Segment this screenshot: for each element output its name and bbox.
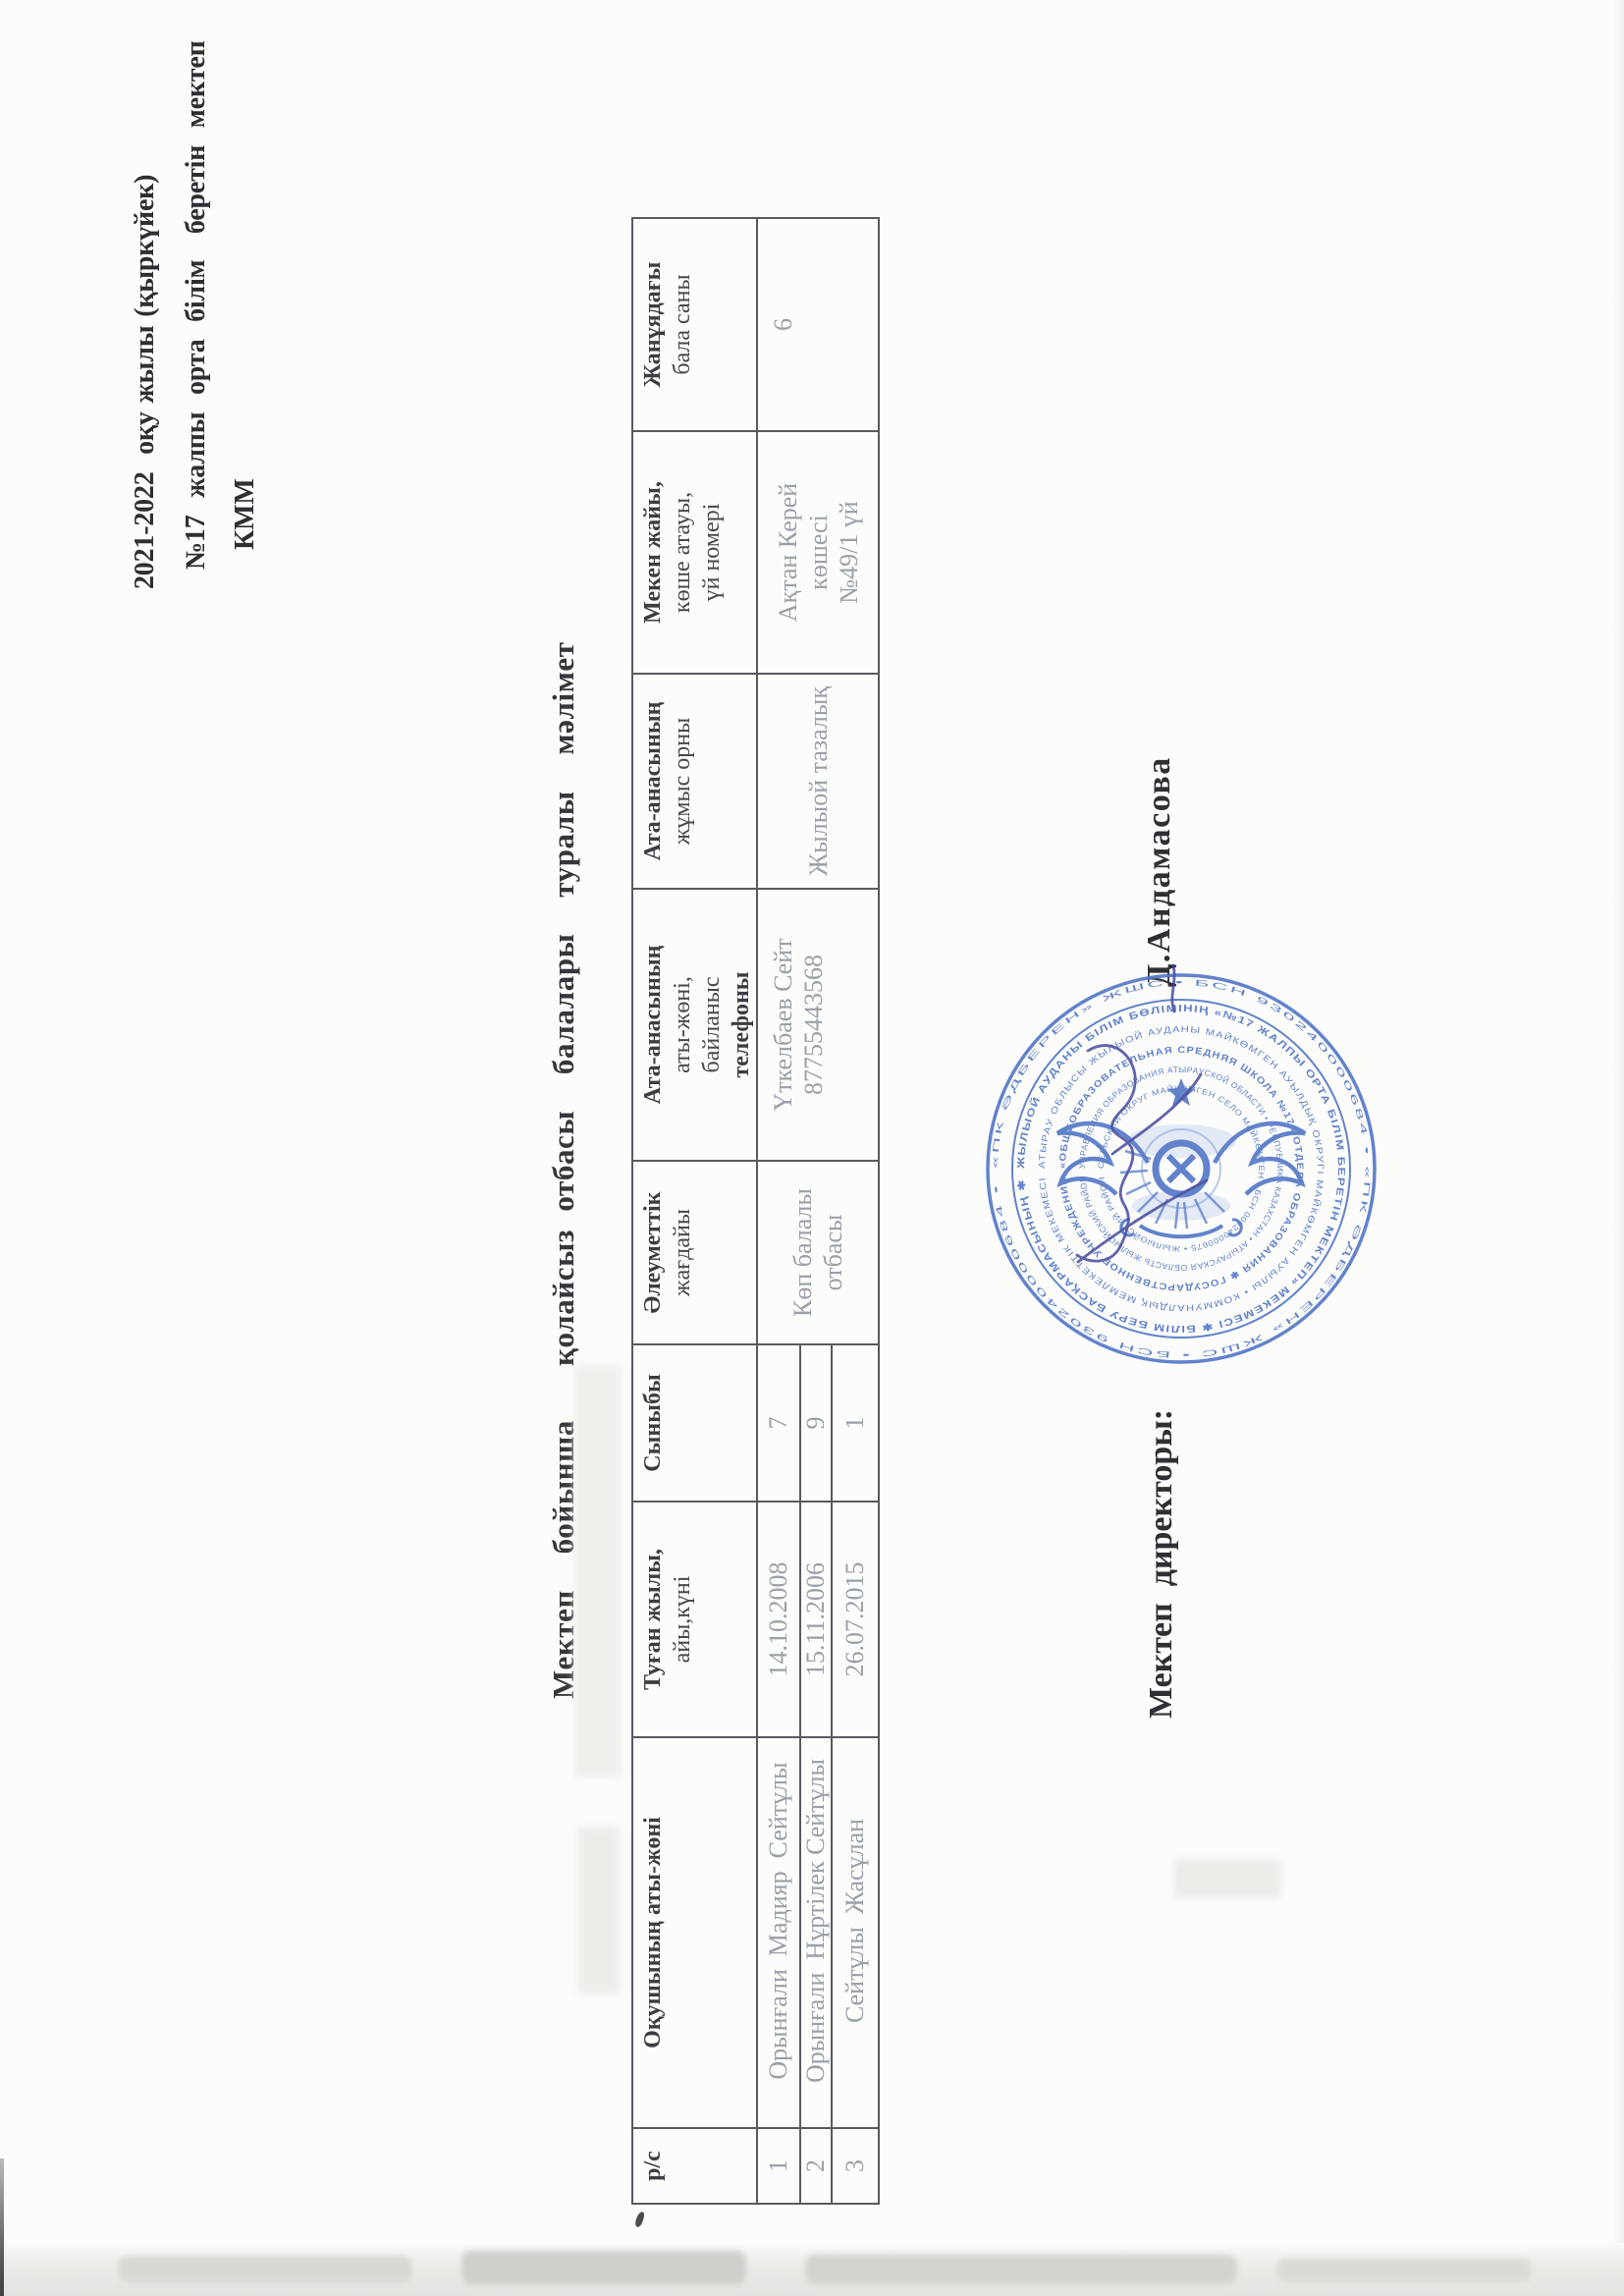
header-label: жұмыс орны (668, 718, 697, 846)
header-label: Оқушының аты-жөні (638, 1817, 668, 2049)
scan-edge-shadow-left (0, 2159, 4, 2296)
school-year-title: 2021-2022 оқу жылы (қыркүйек) (130, 175, 161, 589)
scan-smudge (1173, 1859, 1281, 1898)
header-label: айы,күні (668, 1576, 697, 1664)
scan-bottom-band (0, 2243, 1624, 2296)
scan-smear (1276, 2259, 1532, 2282)
address-line: көшесі (803, 515, 834, 590)
merged-cell-parent-workplace: Жылыой тазалық (758, 673, 878, 888)
header-label: байланыс (697, 977, 727, 1073)
header-label: р/с (638, 2151, 668, 2181)
grade-value: 1 (840, 1417, 870, 1430)
row-number: 2 (801, 2159, 831, 2172)
parent-phone: 87755443568 (798, 955, 829, 1095)
social-status: Көп балалы (787, 1188, 818, 1317)
cell-num-2: 2 (801, 2127, 833, 2203)
document-sheet: 2021-2022 оқу жылы (қыркүйек) №17 жалпы … (0, 0, 1624, 2296)
birth-date: 26.07.2015 (840, 1562, 870, 1677)
header-label: телефоны (727, 971, 756, 1077)
cell-grade-2: 9 (801, 1343, 833, 1501)
address-line: №49/1 үй (834, 501, 864, 603)
cell-num-1: 1 (758, 2127, 801, 2203)
row-number: 3 (840, 2159, 870, 2172)
header-label: жағдайы (668, 1209, 697, 1296)
cell-student-2: Орынғали Нұртілек Сейтұлы (801, 1736, 833, 2127)
workplace: Жылыой тазалық (803, 686, 834, 876)
merged-cell-children-count: 6 (758, 219, 878, 430)
header-label: Туған жылы, (638, 1549, 668, 1690)
info-table: р/с Оқушының аты-жөні Туған жылы, айы,кү… (631, 217, 880, 2205)
scan-smear (118, 2257, 412, 2282)
birth-date: 14.10.2008 (764, 1562, 793, 1677)
header-label: Ата-анасының (638, 946, 668, 1105)
header-cell-parent-contact: Ата-анасының аты-жөні, байланыс телефоны (633, 888, 758, 1160)
cell-birthdate-3: 26.07.2015 (833, 1501, 878, 1736)
scan-smudge (574, 1365, 622, 1777)
header-label: Сыныбы (638, 1374, 668, 1471)
header-label: Жанұядағы (638, 262, 668, 388)
director-name: Д.Андамасова (1141, 756, 1178, 987)
parent-name: Үткелбаев Сейт (768, 938, 798, 1111)
grade-value: 7 (764, 1417, 793, 1430)
cell-student-3: Сейтұлы Жасұлан (833, 1736, 878, 2127)
birth-date: 15.11.2006 (801, 1562, 831, 1676)
scanned-document-page: 2021-2022 оқу жылы (қыркүйек) №17 жалпы … (0, 0, 1624, 2296)
children-count: 6 (768, 318, 798, 331)
row-number: 1 (764, 2159, 793, 2172)
grade-value: 9 (801, 1417, 831, 1430)
scan-edge-shadow-right (1614, 0, 1624, 2296)
header-label: үй номері (697, 504, 727, 602)
cell-birthdate-2: 15.11.2006 (801, 1501, 833, 1736)
header-cell-birthdate: Туған жылы, айы,күні (633, 1501, 758, 1736)
scan-smear (461, 2251, 746, 2284)
header-cell-address: Мекен жайы, көше атауы, үй номері (633, 430, 758, 673)
address-line: Ақтан Керей (773, 483, 803, 622)
director-label: Мектеп директоры: (1143, 1409, 1180, 1719)
social-status: отбасы (818, 1215, 848, 1291)
header-label: көше атауы, (668, 492, 697, 613)
header-cell-student: Оқушының аты-жөні (633, 1736, 758, 2127)
student-name: Орынғали Мадияр Сейтұлы (764, 1762, 793, 2079)
cell-grade-1: 7 (758, 1343, 801, 1501)
cell-num-3: 3 (833, 2127, 878, 2203)
merged-cell-parent-contact: Үткелбаев Сейт 87755443568 (758, 888, 878, 1160)
school-name-title: №17 жалпы орта білім беретін мектеп (181, 41, 212, 571)
header-cell-grade: Сыныбы (633, 1343, 758, 1501)
header-cell-children-count: Жанұядағы бала саны (633, 219, 758, 430)
header-cell-parent-workplace: Ата-анасының жұмыс орны (633, 673, 758, 888)
header-label: аты-жөні, (668, 976, 697, 1073)
cell-birthdate-1: 14.10.2008 (758, 1501, 801, 1736)
header-cell-num: р/с (633, 2127, 758, 2203)
cell-grade-3: 1 (833, 1343, 878, 1501)
header-label: Ата-анасының (638, 702, 668, 861)
merged-cell-address: Ақтан Керей көшесі №49/1 үй (758, 430, 878, 673)
student-name: Сейтұлы Жасұлан (840, 1819, 870, 2023)
header-label: Әлеуметтік (638, 1192, 668, 1314)
cell-student-1: Орынғали Мадияр Сейтұлы (758, 1736, 801, 2127)
header-label: бала саны (668, 274, 697, 374)
scan-smear (805, 2255, 1237, 2284)
school-title-suffix: КММ (230, 478, 261, 550)
merged-cell-social-status: Көп балалы отбасы (758, 1160, 878, 1343)
student-name: Орынғали Нұртілек Сейтұлы (801, 1759, 831, 2083)
scan-smudge (577, 1827, 621, 1994)
header-label: Мекен жайы, (638, 481, 668, 624)
header-cell-social-status: Әлеуметтік жағдайы (633, 1160, 758, 1343)
